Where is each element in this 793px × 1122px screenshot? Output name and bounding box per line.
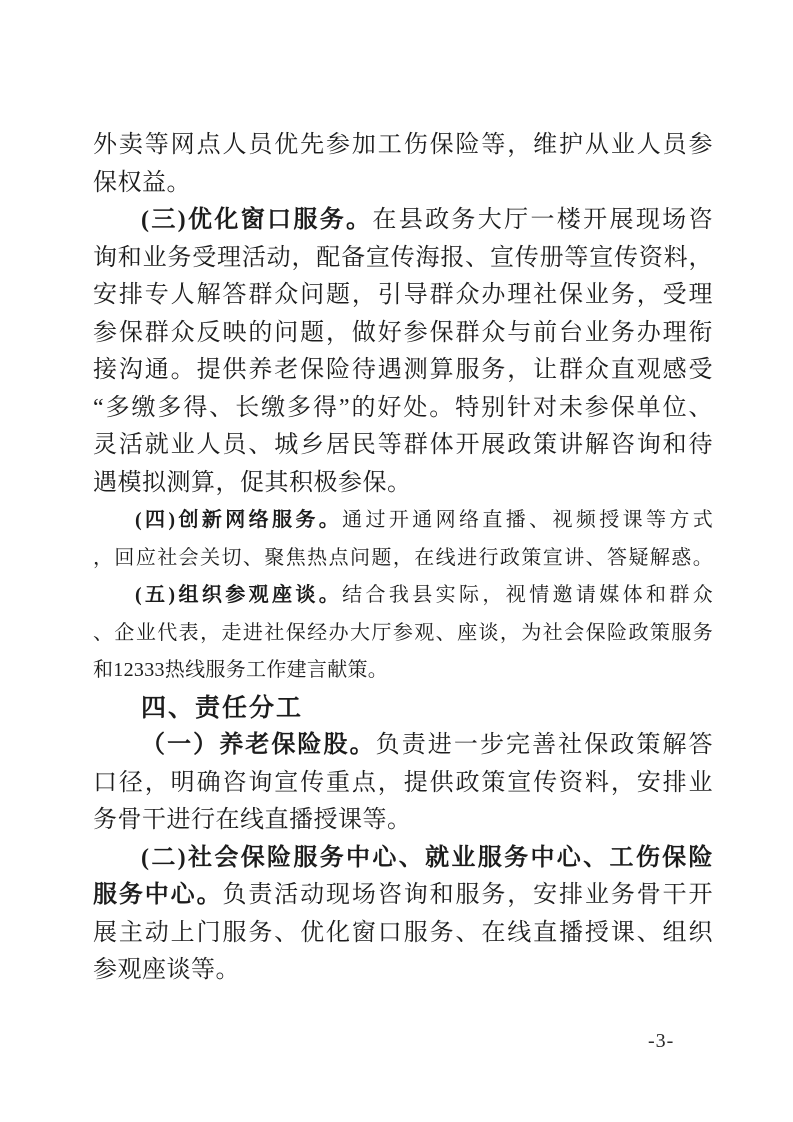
text-segment: 口径，明确咨询宣传重点，提供政策宣传资料，安排业 [93,770,713,796]
text-segment: 参保群众反映的问题，做好参保群众与前台业务办理衔 [93,320,713,346]
text-line: ，回应社会关切、聚焦热点问题，在线进行政策宣讲、答疑解惑。 [93,540,713,578]
text-segment: 负责活动现场咨询和服务，安排业务骨干开 [222,882,713,908]
text-segment: 负责进一步完善社保政策解答 [376,732,713,758]
document-page: 外卖等网点人员优先参加工伤保险等，维护从业人员参 保权益。 (三)优化窗口服务。… [0,0,793,1122]
text-segment: 务骨干进行在线直播授课等。 [93,807,412,833]
text-segment: 外卖等网点人员优先参加工伤保险等，维护从业人员参 [93,132,713,158]
page-number: -3- [648,1030,728,1053]
heading-text: 四、责任分工 [141,694,303,722]
text-line: 参保群众反映的问题，做好参保群众与前台业务办理衔 [93,315,713,353]
duty-lead-1: （一）养老保险股。 [141,732,376,758]
text-segment: 遇模拟测算，促其积极参保。 [93,470,412,496]
text-segment: 询和业务受理活动，配备宣传海报、宣传册等宣传资料， [93,245,713,271]
text-line: 和12333热线服务工作建言献策。 [93,652,713,690]
text-line: 遇模拟测算，促其积极参保。 [93,465,713,503]
text-line: 安排专人解答群众问题，引导群众办理社保业务，受理 [93,277,713,315]
text-segment: “多缴多得、长缴多得”的好处。特别针对未参保单位、 [93,395,713,421]
section-lead-4: (四)创新网络服务。 [135,509,342,531]
text-segment: 展主动上门服务、优化窗口服务、在线直播授课、组织 [93,920,713,946]
text-line: 口径，明确咨询宣传重点，提供政策宣传资料，安排业 [93,765,713,803]
text-line: 询和业务受理活动，配备宣传海报、宣传册等宣传资料， [93,240,713,278]
duty-lead-2-cont: 服务中心。 [93,882,222,908]
text-segment: 在县政务大厅一楼开展现场咨 [372,207,713,233]
text-line: 灵活就业人员、城乡居民等群体开展政策讲解咨询和待 [93,427,713,465]
document-body: 外卖等网点人员优先参加工伤保险等，维护从业人员参 保权益。 (三)优化窗口服务。… [93,127,713,990]
text-line: (三)优化窗口服务。在县政务大厅一楼开展现场咨 [93,202,713,240]
text-line: (四)创新网络服务。通过开通网络直播、视频授课等方式 [93,502,713,540]
text-line: 保权益。 [93,165,713,203]
text-segment: 安排专人解答群众问题，引导群众办理社保业务，受理 [93,282,713,308]
section-lead-3: (三)优化窗口服务。 [141,207,372,233]
text-line: 展主动上门服务、优化窗口服务、在线直播授课、组织 [93,915,713,953]
text-segment: 、企业代表，走进社保经办大厅参观、座谈，为社会保险政策服务 [93,622,713,644]
text-line: 接沟通。提供养老保险待遇测算服务，让群众直观感受 [93,352,713,390]
text-line: 服务中心。负责活动现场咨询和服务，安排业务骨干开 [93,877,713,915]
text-line: (五)组织参观座谈。结合我县实际，视情邀请媒体和群众 [93,577,713,615]
section-heading: 四、责任分工 [93,690,713,728]
text-segment: 通过开通网络直播、视频授课等方式 [342,509,713,531]
section-lead-5: (五)组织参观座谈。 [135,584,342,606]
text-segment: 参观座谈等。 [93,957,240,983]
text-line: （一）养老保险股。负责进一步完善社保政策解答 [93,727,713,765]
text-segment: 接沟通。提供养老保险待遇测算服务，让群众直观感受 [93,357,713,383]
text-segment: 和12333热线服务工作建言献策。 [93,659,388,681]
text-line: (二)社会保险服务中心、就业服务中心、工伤保险 [93,840,713,878]
text-segment: ，回应社会关切、聚焦热点问题，在线进行政策宣讲、答疑解惑。 [93,547,713,569]
text-segment: 结合我县实际，视情邀请媒体和群众 [342,584,713,606]
text-line: “多缴多得、长缴多得”的好处。特别针对未参保单位、 [93,390,713,428]
text-line: 务骨干进行在线直播授课等。 [93,802,713,840]
text-line: 外卖等网点人员优先参加工伤保险等，维护从业人员参 [93,127,713,165]
text-line: 参观座谈等。 [93,952,713,990]
text-line: 、企业代表，走进社保经办大厅参观、座谈，为社会保险政策服务 [93,615,713,653]
text-segment: 保权益。 [93,170,191,196]
duty-lead-2: (二)社会保险服务中心、就业服务中心、工伤保险 [141,845,713,871]
text-segment: 灵活就业人员、城乡居民等群体开展政策讲解咨询和待 [93,432,713,458]
